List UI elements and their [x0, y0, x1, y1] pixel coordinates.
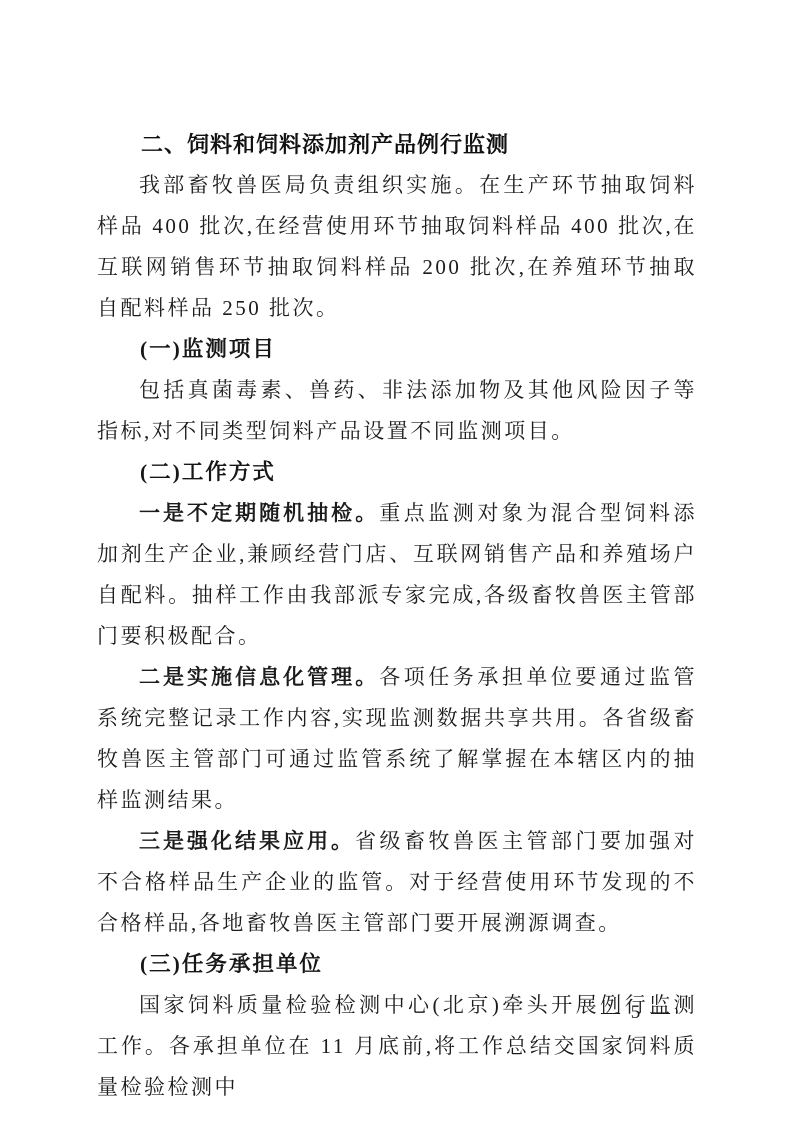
paragraph-method-3: 三是强化结果应用。省级畜牧兽医主管部门要加强对不合格样品生产企业的监管。对于经营…	[97, 821, 697, 944]
subheading-monitoring-items: (一)监测项目	[97, 329, 697, 370]
paragraph-overview: 我部畜牧兽医局负责组织实施。在生产环节抽取饲料样品 400 批次,在经营使用环节…	[97, 165, 697, 329]
document-body: 二、饲料和饲料添加剂产品例行监测 我部畜牧兽医局负责组织实施。在生产环节抽取饲料…	[97, 124, 697, 1108]
paragraph-monitoring-items: 包括真菌毒素、兽药、非法添加物及其他风险因子等指标,对不同类型饲料产品设置不同监…	[97, 370, 697, 452]
paragraph-lead: 二是实施信息化管理。	[139, 665, 379, 689]
document-page: 二、饲料和饲料添加剂产品例行监测 我部畜牧兽医局负责组织实施。在生产环节抽取饲料…	[0, 0, 794, 1123]
paragraph-method-2: 二是实施信息化管理。各项任务承担单位要通过监管系统完整记录工作内容,实现监测数据…	[97, 657, 697, 821]
subheading-work-method: (二)工作方式	[97, 452, 697, 493]
subheading-responsible-units: (三)任务承担单位	[97, 944, 697, 985]
paragraph-lead: 三是强化结果应用。	[139, 829, 355, 853]
page-number: — 5 —	[572, 1002, 702, 1024]
section-heading: 二、饲料和饲料添加剂产品例行监测	[97, 124, 697, 165]
paragraph-method-1: 一是不定期随机抽检。重点监测对象为混合型饲料添加剂生产企业,兼顾经营门店、互联网…	[97, 493, 697, 657]
paragraph-lead: 一是不定期随机抽检。	[139, 501, 379, 525]
